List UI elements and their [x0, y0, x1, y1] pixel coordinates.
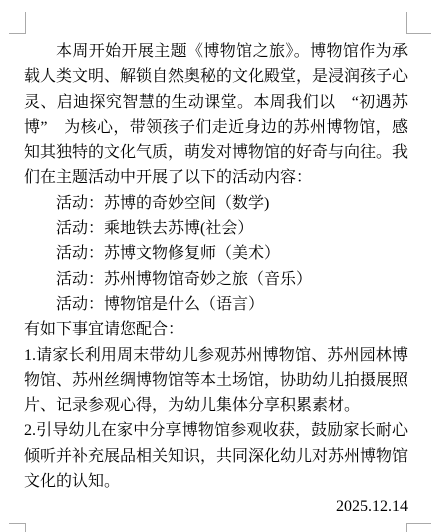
- margin-crop-mark-top-right: [406, 12, 431, 34]
- paragraph: 有如下事宜请您配合：: [24, 317, 408, 342]
- paragraph: 活动：苏博的奇妙空间（数学): [24, 191, 408, 216]
- margin-crop-mark-bottom-right: [406, 523, 431, 532]
- paragraph: 活动：苏博文物修复师（美术）: [24, 241, 408, 266]
- margin-crop-mark-top-left: [9, 12, 26, 34]
- paragraph: 活动：乘地铁去苏博(社会）: [24, 216, 408, 241]
- document-body: 本周开始开展主题《博物馆之旅》。博物馆作为承载人类文明、解锁自然奥秘的文化殿堂，…: [24, 39, 408, 520]
- paragraph: 活动：博物馆是什么（语言）: [24, 292, 408, 317]
- document-page: 本周开始开展主题《博物馆之旅》。博物馆作为承载人类文明、解锁自然奥秘的文化殿堂，…: [0, 0, 431, 532]
- paragraph: 2.引导幼儿在家中分享博物馆参观收获，鼓励家长耐心倾听并补充展品相关知识，共同深…: [24, 418, 408, 494]
- paragraph: 本周开始开展主题《博物馆之旅》。博物馆作为承载人类文明、解锁自然奥秘的文化殿堂，…: [24, 39, 408, 191]
- document-date: 2025.12.14: [24, 494, 408, 519]
- paragraph: 活动：苏州博物馆奇妙之旅（音乐）: [24, 267, 408, 292]
- paragraph: 1.请家长利用周末带幼儿参观苏州博物馆、苏州园林博物馆、苏州丝绸博物馆等本土场馆…: [24, 343, 408, 419]
- margin-crop-mark-bottom-left: [9, 523, 26, 532]
